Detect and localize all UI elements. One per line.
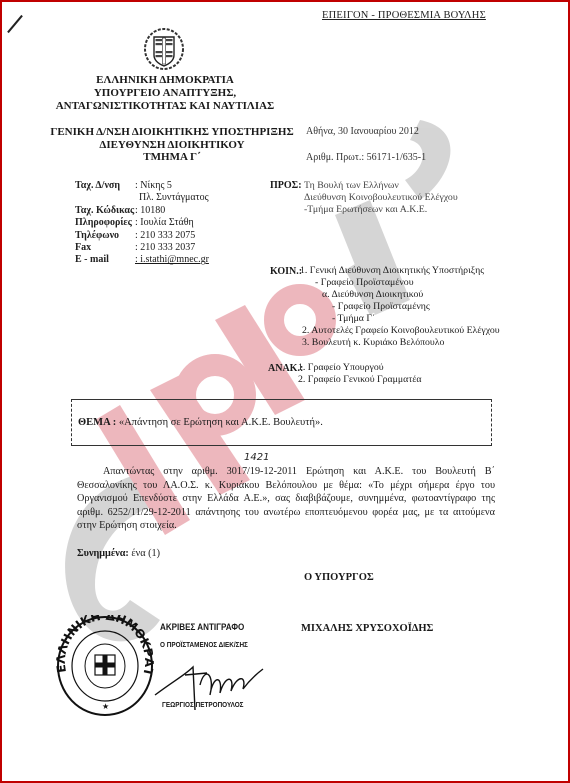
internal-distribution-list: 1. Γραφείο Υπουργού 2. Γραφείο Γενικού Γ…	[298, 362, 422, 386]
document-date: Αθήνα, 30 Ιανουαρίου 2012	[306, 126, 419, 137]
contact-row-phone: Τηλέφωνο: 210 333 2075	[75, 230, 209, 242]
contact-row-email: E - mail: i.stathi@mnec.gr	[75, 254, 209, 266]
subject-line: ΘΕΜΑ : «Απάντηση σε Ερώτηση και Α.Κ.Ε. Β…	[78, 417, 323, 428]
minister-name: ΜΙΧΑΛΗΣ ΧΡΥΣΟΧΟΪΔΗΣ	[301, 623, 433, 634]
header-line-2: ΥΠΟΥΡΓΕΙΟ ΑΝΑΠΤΥΞΗΣ,	[15, 87, 315, 100]
letter-body: Απαντώντας στην αριθμ. 3017/19-12-2011 Ε…	[77, 465, 495, 533]
subject-text: «Απάντηση σε Ερώτηση και Α.Κ.Ε. Βουλευτή…	[119, 417, 323, 428]
stamp-supervisor-title: Ο ΠΡΟΪΣΤΑΜΕΝΟΣ ΔΙΕΚ/ΣΗΣ	[160, 640, 248, 649]
contact-row-info: Πληροφορίες: Ιουλία Στάθη	[75, 217, 209, 229]
certified-copy-label: ΑΚΡΙΒΕΣ ΑΝΤΙΓΡΑΦΟ	[160, 622, 244, 633]
header-line-1: ΕΛΛΗΝΙΚΗ ΔΗΜΟΚΡΑΤΙΑ	[15, 74, 315, 87]
recipient-label: ΠΡΟΣ:	[270, 180, 302, 191]
contact-row-address: Ταχ. Δ/νση: Νίκης 5	[75, 180, 209, 192]
contact-details: Ταχ. Δ/νση: Νίκης 5 Πλ. Συντάγματος Ταχ.…	[75, 180, 209, 267]
department-line-3: ΤΜΗΜΑ Γ΄	[42, 151, 302, 164]
protocol-number: Αριθμ. Πρωτ.: 56171-1/635-1	[306, 152, 426, 163]
department-header: ΓΕΝΙΚΗ Δ/ΝΣΗ ΔΙΟΙΚΗΤΙΚΗΣ ΥΠΟΣΤΗΡΙΞΗΣ ΔΙΕ…	[42, 126, 302, 164]
minister-title: Ο ΥΠΟΥΡΓΟΣ	[304, 572, 374, 583]
contact-row-address-2: Πλ. Συντάγματος	[75, 192, 209, 204]
attachments-line: Συνημμένα: ένα (1)	[77, 548, 160, 559]
subject-box: ΘΕΜΑ : «Απάντηση σε Ερώτηση και Α.Κ.Ε. Β…	[71, 399, 492, 446]
official-seal-icon: ΕΛΛΗΝΙΚΗ ΔΗΜΟΚΡΑΤΙΑ ★	[55, 615, 155, 718]
ministry-header: ΕΛΛΗΝΙΚΗ ΔΗΜΟΚΡΑΤΙΑ ΥΠΟΥΡΓΕΙΟ ΑΝΑΠΤΥΞΗΣ,…	[15, 74, 315, 113]
greek-coat-of-arms-icon	[143, 27, 185, 71]
email-link[interactable]: : i.stathi@mnec.gr	[135, 254, 209, 266]
department-line-2: ΔΙΕΥΘΥΝΣΗ ΔΙΟΙΚΗΤΙΚΟΥ	[42, 139, 302, 152]
contact-row-postcode: Ταχ. Κώδικας: 10180	[75, 205, 209, 217]
cc-label: ΚΟΙΝ.:	[270, 266, 302, 277]
cc-list: 1. Γενική Διεύθυνση Διοικητικής Υποστήρι…	[300, 265, 500, 349]
contact-row-fax: Fax: 210 333 2037	[75, 242, 209, 254]
attachments-label: Συνημμένα:	[77, 548, 129, 559]
svg-text:★: ★	[102, 702, 109, 711]
body-paragraph: Απαντώντας στην αριθμ. 3017/19-12-2011 Ε…	[77, 465, 495, 533]
recipient-list: Τη Βουλή των Ελλήνων Διεύθυνση Κοινοβουλ…	[304, 180, 458, 216]
handwritten-number: 1421	[244, 452, 269, 463]
subject-label: ΘΕΜΑ :	[78, 417, 116, 428]
urgent-label: ΕΠΕΙΓΟΝ - ΠΡΟΘΕΣΜΙΑ ΒΟΥΛΗΣ	[322, 10, 486, 21]
department-line-1: ΓΕΝΙΚΗ Δ/ΝΣΗ ΔΙΟΙΚΗΤΙΚΗΣ ΥΠΟΣΤΗΡΙΞΗΣ	[42, 126, 302, 139]
attachments-value: ένα (1)	[131, 548, 160, 559]
header-line-3: ΑΝΤΑΓΩΝΙΣΤΙΚΟΤΗΤΑΣ ΚΑΙ ΝΑΥΤΙΛΙΑΣ	[15, 100, 315, 113]
stamp-signatory-name: ΓΕΩΡΓΙΟΣ ΠΕΤΡΟΠΟΥΛΟΣ	[162, 700, 243, 709]
